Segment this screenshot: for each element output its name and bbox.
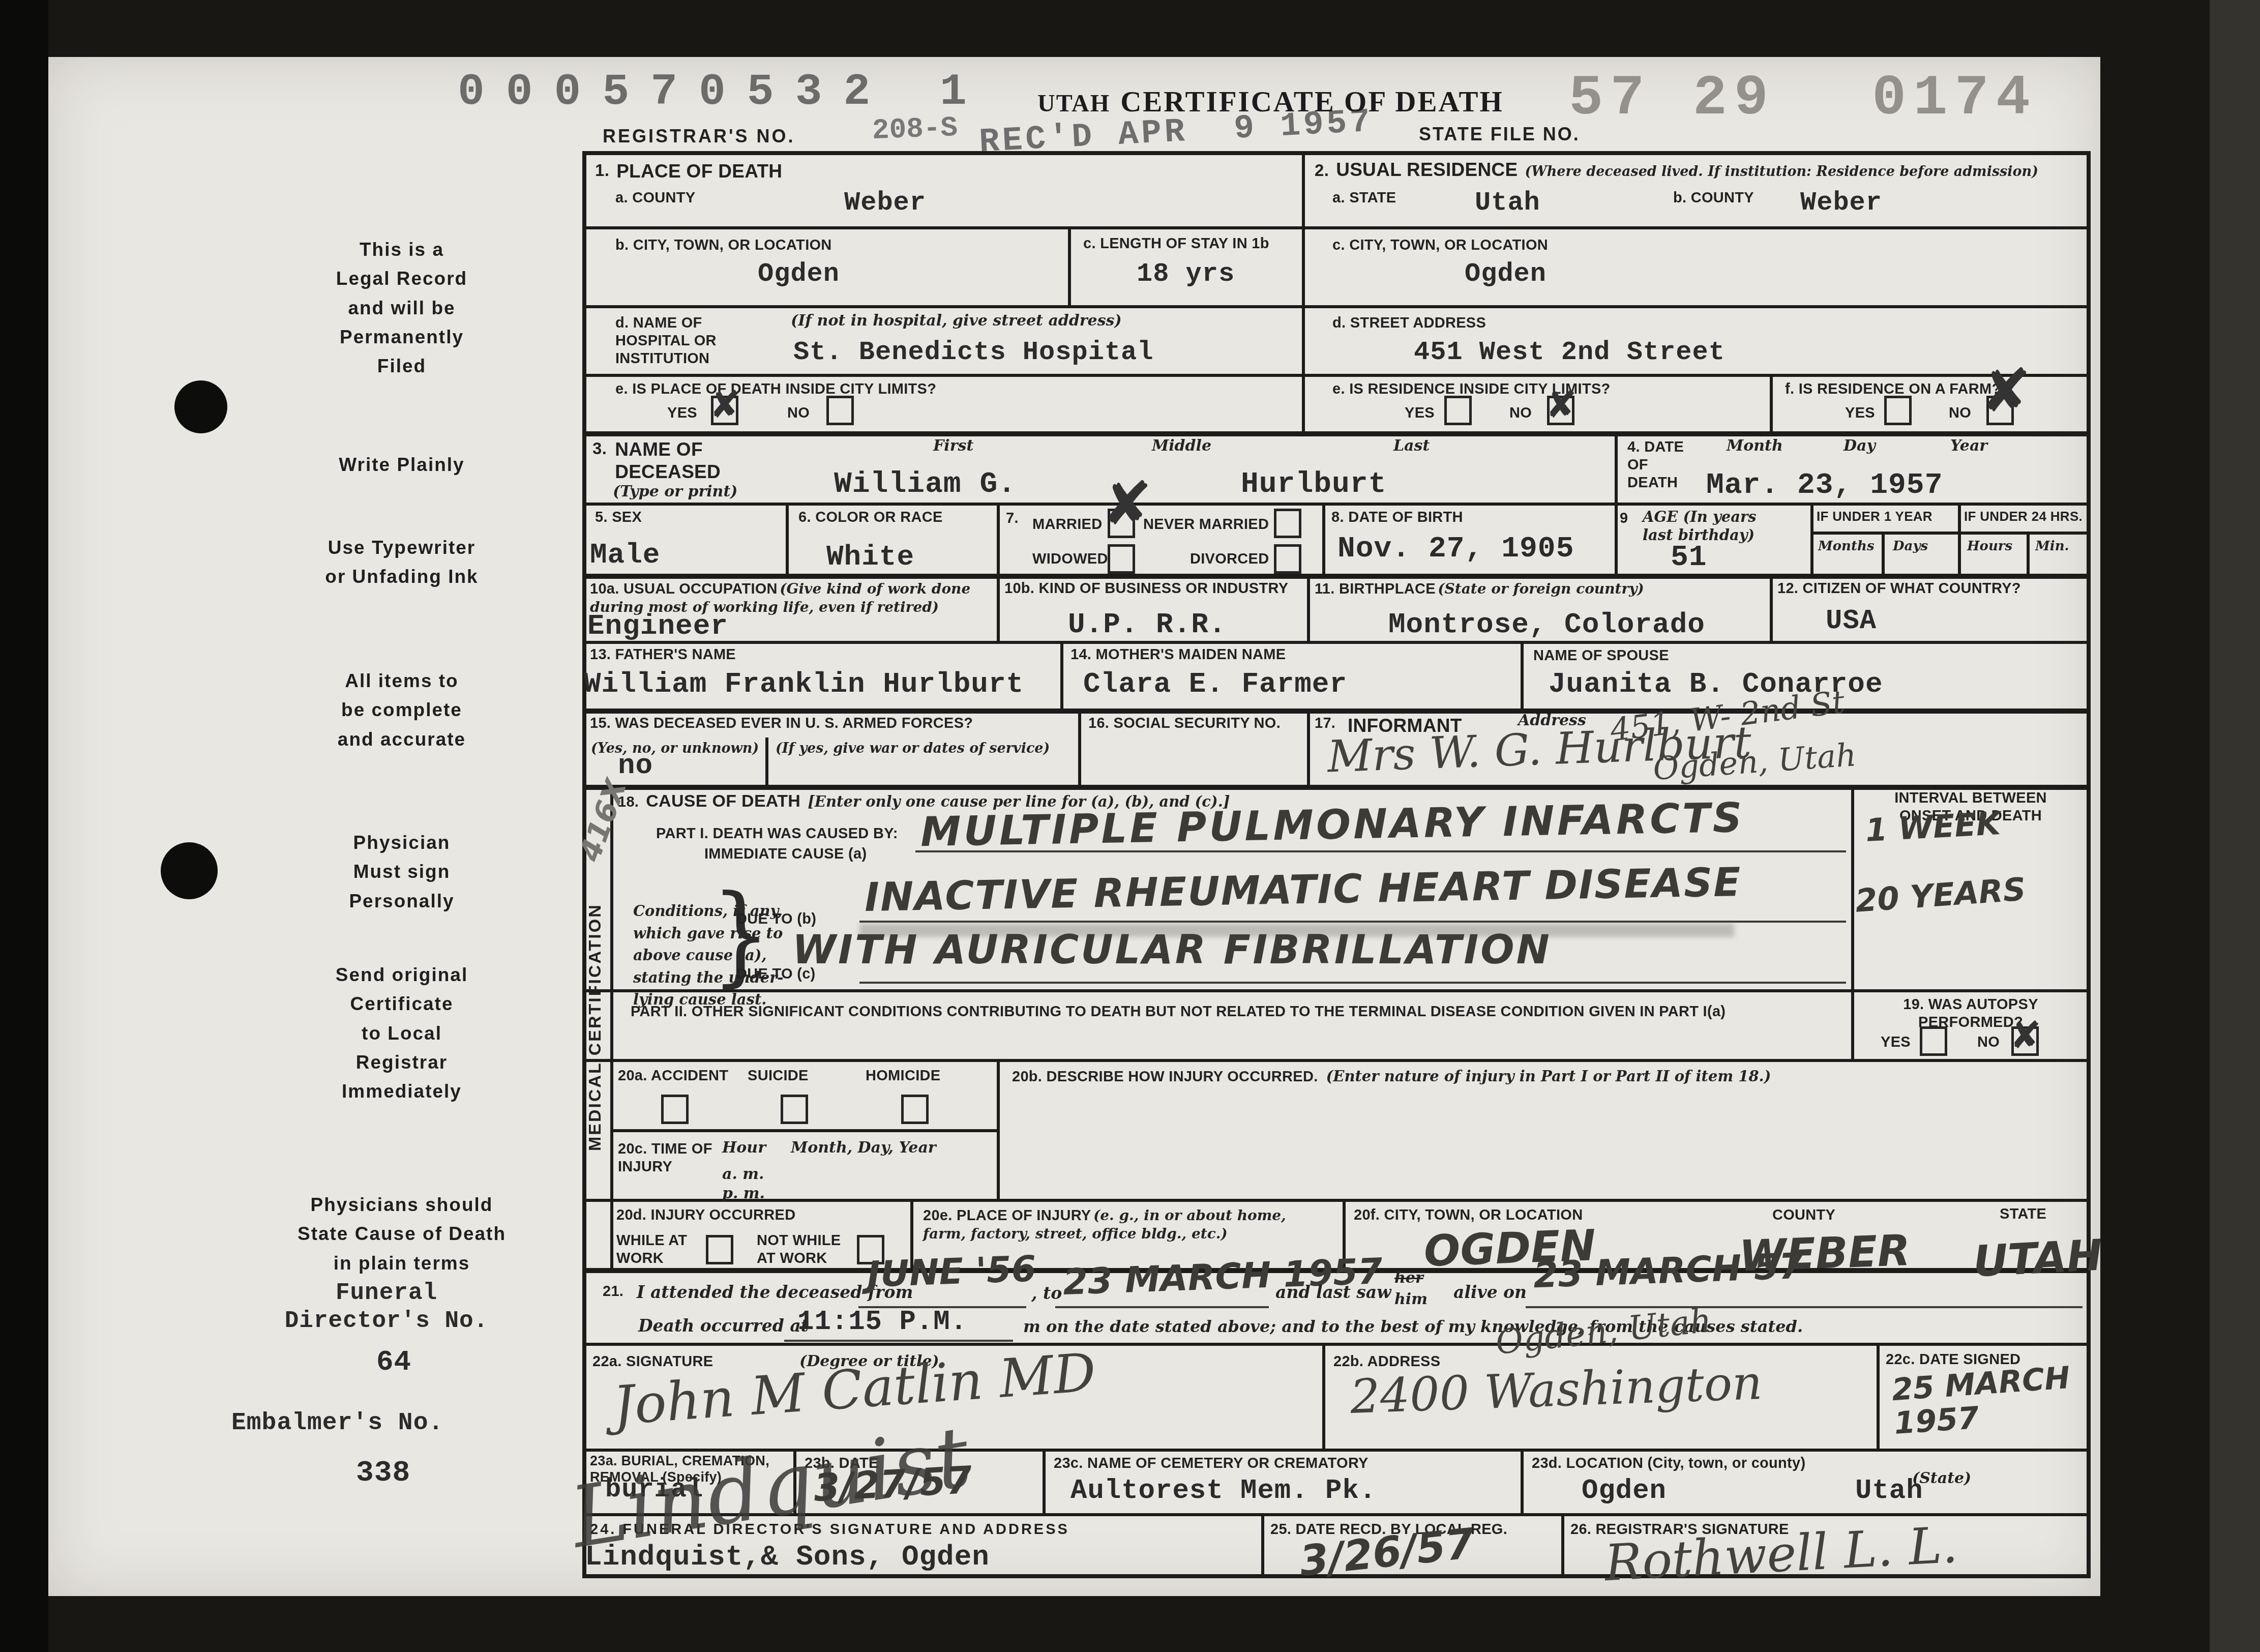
due-to-b-label: DUE TO (b)	[736, 910, 816, 928]
field-19-no-label: NO	[1977, 1034, 2000, 1051]
field-2b-value: Weber	[1800, 187, 1882, 219]
field-20e-header: 20e. PLACE OF INJURY (e. g., in or about…	[923, 1206, 1330, 1243]
grid-line	[1078, 709, 1081, 786]
field-1a-value: Weber	[844, 187, 926, 219]
field-3-hint: (Type or print)	[613, 482, 737, 501]
field-2f-no-label: NO	[1949, 404, 1971, 422]
field-16-label: 16. SOCIAL SECURITY NO.	[1088, 715, 1281, 732]
field-spouse-label: NAME OF SPOUSE	[1533, 647, 1669, 665]
field-3-header: 3. NAME OF DECEASED	[592, 438, 721, 484]
field-3-middle-header: Middle	[1152, 436, 1211, 456]
field-3-first-header: First	[933, 436, 973, 456]
grid-line	[1882, 532, 1885, 575]
field-2-title: USUAL RESIDENCE	[1336, 159, 1518, 181]
margin-note-legal-record: This is a Legal Record and will be Perma…	[239, 235, 564, 381]
attended-to-line	[1055, 1306, 1269, 1308]
state-file-stamp-left: 57 29	[1569, 66, 1775, 131]
field-15-hint2: (If yes, give war or dates of service)	[776, 740, 1050, 757]
grid-line	[582, 641, 2090, 644]
field-3-title: NAME OF DECEASED	[615, 438, 721, 484]
field-20b-hint: (Enter nature of injury in Part I or Par…	[1326, 1067, 1771, 1085]
field-4-month-header: Month	[1727, 436, 1783, 456]
field-11-label: 11. BIRTHPLACE	[1315, 581, 1436, 597]
state-file-stamp-right: 0174	[1872, 66, 2037, 131]
grid-line	[2027, 532, 2030, 575]
attended-from-handwriting: JUNE '56	[867, 1249, 1037, 1294]
punch-hole	[161, 842, 218, 899]
field-22a-label: 22a. SIGNATURE	[592, 1353, 713, 1371]
funeral-directors-no-value: 64	[376, 1345, 411, 1379]
field-1b-value: Ogden	[758, 258, 840, 290]
grid-line	[1810, 532, 2090, 535]
grid-line	[610, 1129, 999, 1132]
field-20c-hour-label: Hour	[722, 1138, 766, 1158]
field-8-label: 8. DATE OF BIRTH	[1331, 509, 1463, 526]
field-7-married-label: MARRIED	[1032, 516, 1102, 534]
field-1-title: PLACE OF DEATH	[616, 160, 782, 183]
field-2-number: 2.	[1315, 160, 1329, 181]
autopsy-no-mark: ✘	[2010, 1017, 2041, 1054]
scanned-death-certificate: This is a Legal Record and will be Perma…	[0, 0, 2260, 1652]
place-city-limits-yes-mark: ✘	[709, 386, 741, 424]
field-11-hint: (State or foreign country)	[1438, 580, 1644, 597]
grid-line	[582, 226, 2090, 229]
state-file-no-stamp: 57 29 0174	[1569, 66, 2037, 131]
field-20d-notwhile-label: NOT WHILE AT WORK	[757, 1232, 841, 1267]
registrars-no-stamp: 208-S	[872, 111, 958, 147]
field-4-label: 4. DATE OF DEATH	[1627, 438, 1684, 491]
grid-line	[1322, 503, 1325, 575]
field-20c-label: 20c. TIME OF INJURY	[618, 1140, 712, 1176]
grid-line	[997, 574, 1000, 641]
field-1d-hint: (If not in hospital, give street address…	[791, 311, 1122, 331]
field-21-text3: and last saw	[1275, 1282, 1391, 1303]
homicide-checkbox	[901, 1095, 929, 1124]
last-seen-handwriting: 23 MARCH 57	[1533, 1247, 1804, 1295]
field-10a-value: Engineer	[587, 609, 728, 643]
field-2c-value: Ogden	[1465, 258, 1547, 290]
field-2-hint: (Where deceased lived. If institution: R…	[1525, 163, 2038, 181]
field-23c-label: 23c. NAME OF CEMETERY OR CREMATORY	[1054, 1455, 1369, 1472]
field-1b-label: b. CITY, TOWN, OR LOCATION	[615, 237, 832, 254]
grid-line	[1851, 785, 1854, 1062]
grid-line	[582, 431, 2090, 436]
field-20e-label: 20e. PLACE OF INJURY	[923, 1207, 1091, 1224]
place-city-limits-no-checkbox	[826, 396, 854, 425]
field-4-day-header: Day	[1843, 436, 1876, 456]
field-11-value: Montrose, Colorado	[1388, 608, 1705, 642]
grid-line	[582, 989, 2090, 992]
field-1e-no-label: NO	[787, 404, 810, 422]
field-9-under1yr-label: IF UNDER 1 YEAR	[1817, 509, 1932, 524]
field-20a-accident-label: 20a. ACCIDENT	[618, 1067, 728, 1085]
field-7-number: 7.	[1006, 510, 1019, 527]
grid-line	[1302, 151, 1305, 432]
margin-note-typewriter: Use Typewriter or Unfading Ink	[214, 533, 590, 592]
grid-line	[765, 737, 768, 786]
last-seen-line	[1526, 1306, 2083, 1308]
field-6-value: White	[826, 540, 914, 574]
field-8-value: Nov. 27, 1905	[1337, 532, 1574, 567]
field-14-value: Clara E. Farmer	[1083, 667, 1347, 701]
grid-line	[1877, 1343, 1880, 1450]
grid-line	[582, 1199, 2090, 1202]
field-7-never-married-label: NEVER MARRIED	[1143, 516, 1269, 534]
field-2b-label: b. COUNTY	[1673, 189, 1754, 207]
cause-b-line	[859, 921, 1846, 923]
field-9-months-label: Months	[1818, 538, 1875, 555]
grid-line	[1521, 641, 1524, 710]
registrars-no-label: REGISTRAR'S NO.	[603, 125, 795, 147]
field-15-label: 15. WAS DECEASED EVER IN U. S. ARMED FOR…	[590, 715, 973, 732]
field-5-label: 5. SEX	[595, 509, 642, 526]
field-21-text2: , to	[1031, 1283, 1062, 1304]
cause-c-line	[859, 982, 1846, 984]
married-checkbox: ✘	[1108, 509, 1135, 538]
margin-note-plain-terms: Physicians should State Cause of Death i…	[183, 1190, 620, 1278]
field-1d-label: d. NAME OF HOSPITAL OR INSTITUTION	[615, 314, 717, 367]
field-5-value: Male	[590, 538, 660, 572]
field-20c-mdy-label: Month, Day, Year	[791, 1138, 936, 1158]
field-11-header: 11. BIRTHPLACE (State or foreign country…	[1315, 580, 1644, 598]
field-1d-value: St. Benedicts Hospital	[793, 337, 1154, 368]
autopsy-no-checkbox: ✘	[2011, 1026, 2039, 1056]
field-2f-yes-label: YES	[1845, 404, 1875, 422]
embalmers-no-label: Embalmer's No.	[231, 1409, 443, 1438]
field-10a-label: 10a. USUAL OCCUPATION	[590, 581, 778, 597]
field-1a-label: a. COUNTY	[615, 189, 695, 207]
farm-no-mark: ✘	[1981, 361, 2031, 421]
title-main: CERTIFICATE OF DEATH	[1120, 85, 1504, 119]
funeral-directors-no-label: Funeral Director's No.	[214, 1279, 559, 1335]
field-23d-city-value: Ogden	[1582, 1475, 1667, 1508]
grid-line	[582, 1343, 2090, 1346]
suicide-checkbox	[781, 1095, 808, 1124]
grid-line	[582, 305, 2090, 308]
accident-checkbox	[661, 1095, 689, 1124]
grid-line	[1561, 1513, 1564, 1575]
farm-yes-checkbox	[1884, 396, 1912, 425]
field-17-number: 17.	[1315, 715, 1335, 732]
field-1-number: 1.	[595, 160, 609, 183]
field-20f-county-label: COUNTY	[1772, 1206, 1835, 1224]
field-9-hours-label: Hours	[1967, 538, 2012, 555]
grid-line	[1068, 226, 1071, 305]
field-2e-no-label: NO	[1509, 404, 1532, 422]
grid-line	[582, 1059, 2090, 1062]
date-signed-handwriting: 25 MARCH 1957	[1891, 1361, 2073, 1440]
widowed-checkbox	[1108, 544, 1135, 574]
field-20b-header: 20b. DESCRIBE HOW INJURY OCCURRED. (Ente…	[1012, 1067, 1771, 1086]
field-23c-value: Aultorest Mem. Pk.	[1070, 1475, 1376, 1508]
field-2c-label: c. CITY, TOWN, OR LOCATION	[1332, 237, 1548, 254]
field-21-text5: Death occurred at	[638, 1315, 809, 1336]
serial-number-stamp: 000570532 1	[458, 67, 988, 117]
while-at-work-checkbox	[706, 1235, 733, 1264]
field-20a-suicide-label: SUICIDE	[748, 1067, 809, 1085]
field-18-title: CAUSE OF DEATH	[646, 791, 800, 812]
state-file-no-label: STATE FILE NO.	[1419, 123, 1580, 145]
res-city-limits-no-mark: ✘	[1545, 386, 1577, 424]
field-2e-yes-label: YES	[1405, 404, 1435, 422]
grid-line	[997, 1059, 1000, 1200]
field-1e-yes-label: YES	[667, 404, 697, 422]
field-15-hint1: (Yes, no, or unknown)	[591, 740, 759, 757]
grid-line	[1060, 641, 1063, 710]
cause-a-line	[915, 850, 1846, 852]
grid-line	[997, 503, 1000, 575]
field-20c-am-label: a. m.	[722, 1165, 764, 1184]
due-to-c-label: DUE TO (c)	[736, 965, 816, 983]
field-3-last-header: Last	[1393, 436, 1430, 456]
margin-note-complete: All items to be complete and accurate	[239, 666, 564, 754]
farm-no-checkbox: ✘	[1986, 396, 2014, 425]
part2-label: PART II. OTHER SIGNIFICANT CONDITIONS CO…	[631, 1003, 1831, 1021]
margin-note-write-plainly: Write Plainly	[239, 450, 564, 479]
grid-line	[1770, 374, 1773, 432]
field-9-number: 9	[1620, 510, 1628, 527]
field-13-label: 13. FATHER'S NAME	[590, 646, 736, 664]
field-20f-state-label: STATE	[2000, 1205, 2046, 1223]
field-15-value: no	[618, 749, 653, 783]
scan-right-border	[2210, 0, 2260, 1652]
field-9-value: 51	[1671, 540, 1707, 576]
field-9-days-label: Days	[1893, 538, 1928, 555]
punch-hole	[174, 380, 227, 433]
grid-line	[1958, 503, 1961, 575]
field-21-number: 21.	[603, 1283, 623, 1301]
grid-line	[1043, 1449, 1046, 1514]
field-9-label: AGE (In years last birthday)	[1643, 508, 1757, 545]
field-7-divorced-label: DIVORCED	[1190, 550, 1269, 568]
margin-note-physician-sign: Physician Must sign Personally	[239, 828, 564, 916]
never-married-checkbox	[1274, 509, 1301, 538]
field-4-value: Mar. 23, 1957	[1706, 468, 1943, 504]
field-20b-label: 20b. DESCRIBE HOW INJURY OCCURRED.	[1012, 1068, 1318, 1086]
res-city-limits-no-checkbox: ✘	[1547, 396, 1574, 425]
grid-line	[1261, 1513, 1264, 1575]
field-23d-state-value: Utah	[1855, 1475, 1923, 1508]
field-10b-value: U.P. R.R.	[1068, 608, 1226, 642]
grid-line	[582, 709, 2090, 714]
field-3-first-value: William G.	[834, 467, 1016, 503]
divorced-checkbox	[1274, 544, 1301, 574]
place-city-limits-yes-checkbox: ✘	[711, 396, 738, 425]
field-9-min-label: Min.	[2035, 538, 2069, 555]
grid-line	[1770, 574, 1773, 641]
certificate-title: UTAH CERTIFICATE OF DEATH	[1037, 85, 1504, 119]
field-2a-label: a. STATE	[1332, 189, 1396, 207]
title-state: UTAH	[1037, 90, 1110, 117]
grid-line	[1615, 431, 1618, 575]
death-time-line	[784, 1340, 1013, 1342]
immediate-cause-label: IMMEDIATE CAUSE (a)	[704, 845, 867, 863]
field-14-label: 14. MOTHER'S MAIDEN NAME	[1070, 646, 1286, 664]
field-3-number: 3.	[592, 438, 607, 484]
field-9-under24-label: IF UNDER 24 HRS.	[1964, 509, 2083, 524]
margin-note-send-original: Send original Certificate to Local Regis…	[239, 960, 564, 1106]
field-21-him-word: him	[1394, 1290, 1428, 1309]
field-20d-label: 20d. INJURY OCCURRED	[616, 1206, 795, 1224]
scan-left-border	[0, 0, 48, 1652]
field-21-her-word: her	[1394, 1268, 1423, 1288]
field-23d-label: 23d. LOCATION (City, town, or county)	[1532, 1455, 1805, 1472]
grid-line	[1322, 1343, 1325, 1450]
field-12-label: 12. CITIZEN OF WHAT COUNTRY?	[1777, 580, 2021, 598]
field-19-yes-label: YES	[1881, 1034, 1911, 1051]
res-city-limits-yes-checkbox	[1444, 396, 1472, 425]
cause-b2-handwriting: WITH AURICULAR FIBRILLATION	[792, 929, 1552, 972]
field-1c-value: 18 yrs	[1137, 258, 1235, 290]
field-3-last-value: Hurlburt	[1241, 467, 1386, 503]
death-time-typed: 11:15 P.M.	[797, 1306, 967, 1339]
field-7-widowed-label: WIDOWED	[1032, 550, 1108, 568]
embalmers-no-value: 338	[356, 1456, 410, 1491]
autopsy-yes-checkbox	[1920, 1026, 1947, 1056]
field-20a-homicide-label: HOMICIDE	[866, 1067, 940, 1085]
field-20c-pm-label: p. m.	[722, 1184, 765, 1203]
field-1-header: 1. PLACE OF DEATH	[595, 160, 782, 183]
field-20d-while-label: WHILE AT WORK	[616, 1232, 687, 1267]
interval-a-handwriting: 1 WEEK	[1864, 806, 2001, 848]
grid-line	[582, 574, 2090, 579]
field-1e-label: e. IS PLACE OF DEATH INSIDE CITY LIMITS?	[615, 380, 936, 398]
field-2a-value: Utah	[1475, 187, 1540, 219]
injury-state-handwriting: UTAH	[1972, 1231, 2104, 1285]
field-12-value: USA	[1826, 605, 1877, 638]
field-4-year-header: Year	[1950, 436, 1987, 456]
grid-line	[1810, 503, 1813, 575]
field-10b-label: 10b. KIND OF BUSINESS OR INDUSTRY	[1004, 580, 1299, 598]
field-2d-value: 451 West 2nd Street	[1414, 337, 1725, 368]
field-1c-label: c. LENGTH OF STAY IN 1b	[1083, 235, 1297, 253]
medical-certification-sidebar-label: MEDICAL CERTIFICATION	[585, 793, 611, 1261]
grid-line	[1521, 1449, 1524, 1514]
field-2-header: 2. USUAL RESIDENCE (Where deceased lived…	[1315, 159, 2038, 181]
part1-label: PART I. DEATH WAS CAUSED BY:	[656, 825, 898, 843]
grid-line	[786, 503, 789, 575]
grid-line	[582, 374, 2090, 377]
field-2d-label: d. STREET ADDRESS	[1332, 314, 1486, 332]
grid-line	[1307, 574, 1310, 641]
grid-line	[1307, 709, 1310, 786]
field-21-text4: alive on	[1453, 1282, 1527, 1303]
field-13-value: William Franklin Hurlburt	[584, 667, 1024, 701]
field-6-label: 6. COLOR OR RACE	[798, 509, 943, 526]
